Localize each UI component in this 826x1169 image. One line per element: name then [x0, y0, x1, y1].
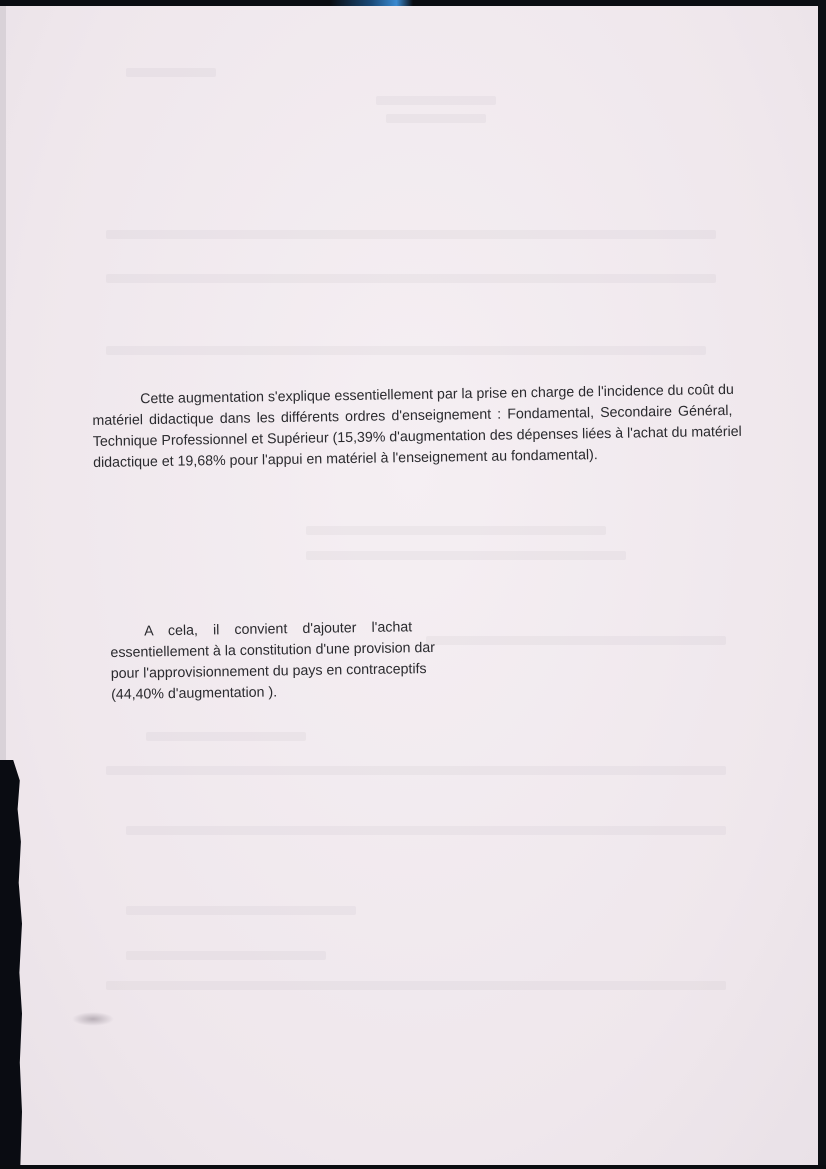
bleed-through-text: [106, 274, 716, 283]
bleed-through-text: [306, 551, 626, 560]
scan-smudge: [72, 1012, 114, 1026]
bleed-through-text: [376, 96, 496, 105]
bleed-through-text: [106, 766, 726, 775]
paragraph-contraceptives: A cela, il convient d'ajouter l'achat es…: [110, 617, 413, 706]
bleed-through-text: [126, 68, 216, 77]
bleed-through-text: [306, 526, 606, 535]
bleed-through-text: [126, 951, 326, 960]
scan-border-right: [818, 0, 826, 1169]
scan-border-top: [0, 0, 826, 6]
paragraph-didactic-material: Cette augmentation s'explique essentiell…: [92, 380, 733, 474]
bleed-through-text: [126, 906, 356, 915]
bleed-through-text: [106, 981, 726, 990]
bleed-through-text: [106, 230, 716, 239]
bleed-through-text: [126, 826, 726, 835]
scanned-page: [6, 6, 818, 1165]
scan-border-torn-left: [0, 760, 22, 1169]
bleed-through-text: [146, 732, 306, 741]
bleed-through-text: [386, 114, 486, 123]
bleed-through-text: [426, 636, 726, 645]
scan-border-bottom: [0, 1165, 826, 1169]
bleed-through-text: [106, 346, 706, 355]
